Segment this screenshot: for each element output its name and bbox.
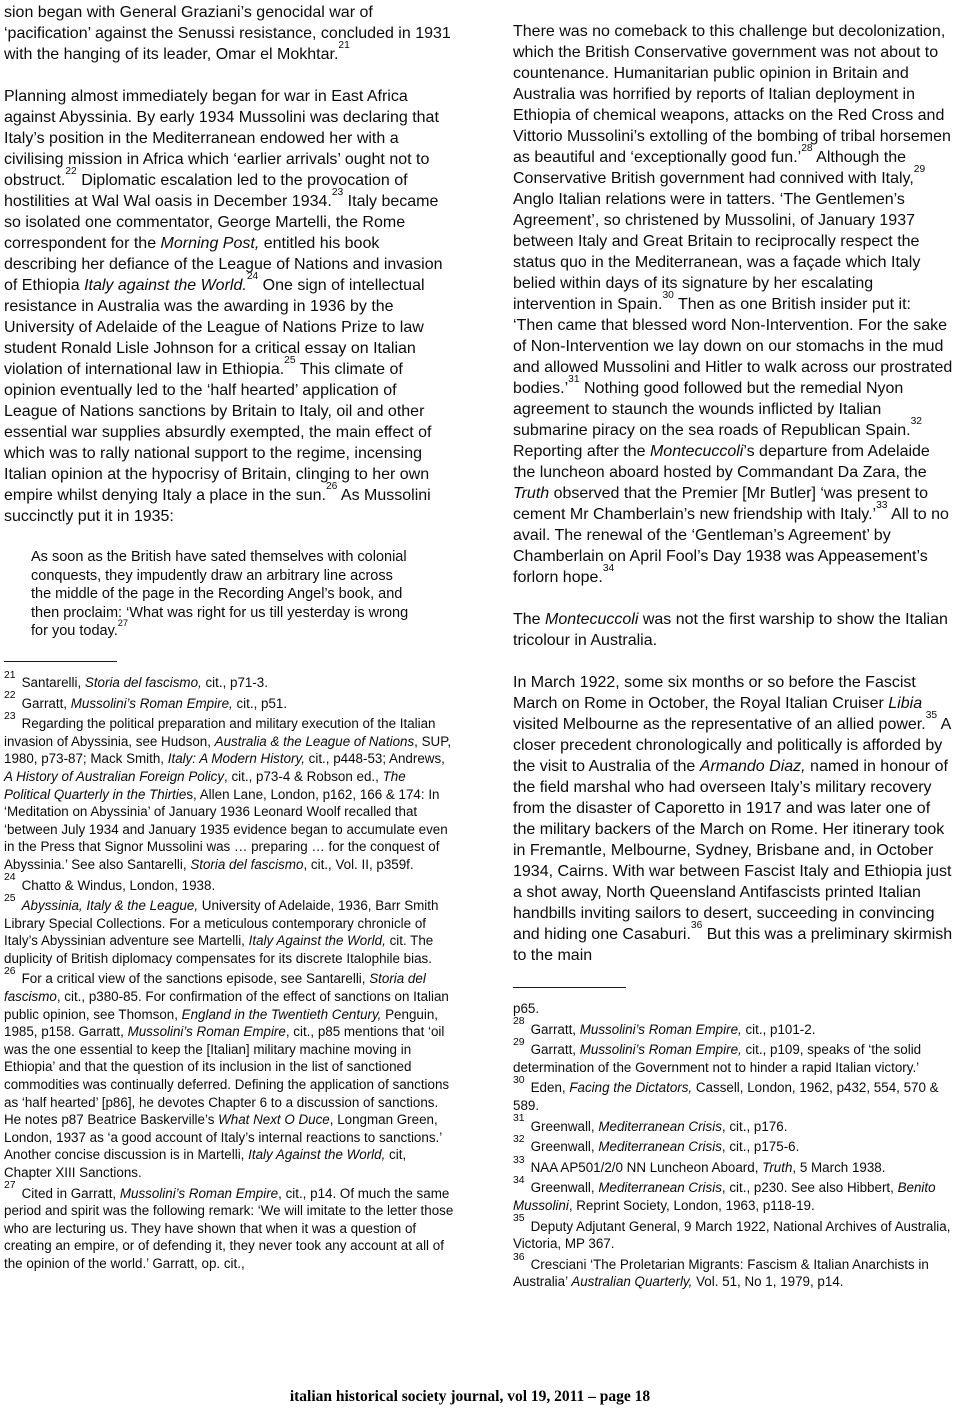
text-segment: Deputy Adjutant General, 9 March 1922, N… <box>513 1219 950 1252</box>
text-segment: Vol. 51, No 1, 1979, p14. <box>692 1274 843 1289</box>
text-segment: NAA AP501/2/0 NN Luncheon Aboard, <box>531 1160 763 1175</box>
footnote-number: 34 <box>513 1175 525 1186</box>
text-segment: Australian Quarterly, <box>571 1274 692 1289</box>
text-segment: named in honour of the field marshal who… <box>513 758 951 943</box>
footnote-number: 27 <box>4 1180 16 1191</box>
footnote-reference: 30 <box>662 290 673 301</box>
text-segment: Truth <box>762 1160 792 1175</box>
footnote-number: 21 <box>4 670 16 681</box>
text-segment: This climate of opinion eventually led t… <box>4 361 432 504</box>
footnote-reference: 36 <box>691 920 702 931</box>
text-segment: Italy Against the World, <box>248 1147 385 1162</box>
body-paragraph: There was no comeback to this challenge … <box>513 21 954 588</box>
body-paragraph: Planning almost immediately began for wa… <box>4 86 454 527</box>
footnote-number: 24 <box>4 872 16 883</box>
text-segment: p65. <box>513 1001 539 1016</box>
footnote-number: 33 <box>513 1155 525 1166</box>
left-column: sion began with General Graziani’s genoc… <box>4 2 454 1276</box>
right-footnote-separator <box>513 987 626 988</box>
text-segment: cit., p101-2. <box>742 1022 816 1037</box>
block-quote: As soon as the British have sated themse… <box>31 548 416 641</box>
text-segment: Truth <box>513 485 549 502</box>
body-paragraph: sion began with General Graziani’s genoc… <box>4 2 454 65</box>
footnote: 27Cited in Garratt, Mussolini’s Roman Em… <box>4 1185 454 1273</box>
text-segment: Eden, <box>531 1080 570 1095</box>
footnote: 22Garratt, Mussolini’s Roman Empire, cit… <box>4 695 454 713</box>
footnote-reference: 26 <box>326 481 337 492</box>
text-segment: Garratt, <box>22 696 71 711</box>
text-segment: Italy against the World. <box>84 277 247 294</box>
footnote: 29Garratt, Mussolini’s Roman Empire, cit… <box>513 1041 954 1076</box>
footnote-number: 29 <box>513 1037 525 1048</box>
text-segment: Nothing good followed but the remedial N… <box>513 380 911 439</box>
text-segment: , cit., Vol. II, p359f. <box>303 857 413 872</box>
text-segment: Armando Diaz, <box>700 758 806 775</box>
footnote-reference: 28 <box>801 143 812 154</box>
footnote-reference: 32 <box>911 416 922 427</box>
text-segment: Anglo Italian relations were in tatters.… <box>513 191 920 313</box>
text-segment: , cit., p73-4 & Robson ed., <box>224 769 383 784</box>
text-segment: Garratt, <box>531 1022 580 1037</box>
footnote-number: 36 <box>513 1252 525 1263</box>
text-segment: Libia <box>888 695 922 712</box>
footnote: 24Chatto & Windus, London, 1938. <box>4 877 454 895</box>
text-segment: England in the Twentieth Century, <box>182 1007 382 1022</box>
footnote: 36Cresciani ‘The Proletarian Migrants: F… <box>513 1256 954 1291</box>
text-segment: Greenwall, <box>531 1180 599 1195</box>
text-segment: Mussolini’s Roman Empire, <box>71 696 233 711</box>
footnote-reference: 34 <box>603 563 614 574</box>
text-segment: , cit., p175-6. <box>722 1139 799 1154</box>
footnote-number: 25 <box>4 893 16 904</box>
text-segment: Mussolini’s Roman Empire, <box>580 1022 742 1037</box>
text-segment: Reporting after the <box>513 443 650 460</box>
text-segment: Morning Post, <box>161 235 260 252</box>
body-paragraph: The Montecuccoli was not the first warsh… <box>513 609 954 651</box>
body-paragraph: In March 1922, some six months or so bef… <box>513 672 954 966</box>
document-page: sion began with General Graziani’s genoc… <box>0 0 960 1408</box>
text-segment: Italy: A Modern History, <box>168 751 305 766</box>
footnote-reference: 31 <box>568 374 579 385</box>
footnote-reference: 21 <box>338 40 349 51</box>
left-footnote-separator <box>4 661 117 662</box>
footnote-number: 31 <box>513 1113 525 1124</box>
text-segment: cit., p51. <box>233 696 287 711</box>
right-paragraphs: There was no comeback to this challenge … <box>513 2 954 966</box>
text-segment: Mediterranean Crisis <box>598 1139 722 1154</box>
text-segment: Facing the Dictators, <box>569 1080 692 1095</box>
text-segment: The <box>513 611 545 628</box>
right-footnotes: 28Garratt, Mussolini’s Roman Empire, cit… <box>513 1021 954 1291</box>
text-segment: Santarelli, <box>22 675 85 690</box>
text-segment: Mediterranean Crisis <box>598 1180 722 1195</box>
text-segment: There was no comeback to this challenge … <box>513 23 951 166</box>
text-segment: Garratt, <box>531 1042 580 1057</box>
left-footnotes: 21Santarelli, Storia del fascismo, cit.,… <box>4 674 454 1273</box>
footnote: 21Santarelli, Storia del fascismo, cit.,… <box>4 674 454 692</box>
footnote-number: 28 <box>513 1016 525 1027</box>
left-paragraphs: sion began with General Graziani’s genoc… <box>4 2 454 641</box>
text-segment: Chatto & Windus, London, 1938. <box>22 878 216 893</box>
text-segment: , 5 March 1938. <box>792 1160 885 1175</box>
text-segment: Mussolini’s Roman Empire <box>120 1186 278 1201</box>
text-segment: What Next O Duce <box>218 1112 330 1127</box>
text-segment: Montecuccoli <box>650 443 743 460</box>
page-footer: italian historical society journal, vol … <box>0 1387 950 1406</box>
text-segment: cit., p71-3. <box>202 675 268 690</box>
footnote: 26For a critical view of the sanctions e… <box>4 970 454 1181</box>
footnote-number: 22 <box>4 690 16 701</box>
text-segment: Mussolini’s Roman Empire <box>128 1024 286 1039</box>
text-segment: Mussolini’s Roman Empire, <box>580 1042 742 1057</box>
footnote-reference: 25 <box>284 355 295 366</box>
footnote-reference: 23 <box>332 187 343 198</box>
text-segment: sion began with General Graziani’s genoc… <box>4 4 451 63</box>
footnote-number: 26 <box>4 966 16 977</box>
footnote: 23Regarding the political preparation an… <box>4 715 454 873</box>
footnote: 31Greenwall, Mediterranean Crisis, cit.,… <box>513 1118 954 1136</box>
footnote: 33NAA AP501/2/0 NN Luncheon Aboard, Trut… <box>513 1159 954 1177</box>
text-segment: , cit., p230. See also Hibbert, <box>722 1180 898 1195</box>
footnote: 34Greenwall, Mediterranean Crisis, cit.,… <box>513 1179 954 1214</box>
text-segment: , cit., p176. <box>722 1119 788 1134</box>
footnote: 28Garratt, Mussolini’s Roman Empire, cit… <box>513 1021 954 1039</box>
footnote: 25Abyssinia, Italy & the League, Univers… <box>4 897 454 967</box>
text-segment: In March 1922, some six months or so bef… <box>513 674 916 712</box>
text-segment: As soon as the British have sated themse… <box>31 549 408 639</box>
footnote-reference: 33 <box>876 500 887 511</box>
footnote-reference: 24 <box>247 271 258 282</box>
text-segment: Storia del fascismo, <box>85 675 202 690</box>
text-segment: Greenwall, <box>531 1119 599 1134</box>
text-segment: Australia & the League of Nations <box>215 734 415 749</box>
text-segment: Greenwall, <box>531 1139 599 1154</box>
text-segment: Mediterranean Crisis <box>598 1119 722 1134</box>
text-segment: Montecuccoli <box>545 611 638 628</box>
footnote-number: 23 <box>4 711 16 722</box>
text-segment: , Reprint Society, London, 1963, p118-19… <box>569 1198 815 1213</box>
text-segment: Storia del fascismo <box>190 857 303 872</box>
footnote: 32Greenwall, Mediterranean Crisis, cit.,… <box>513 1138 954 1156</box>
footnote: 35Deputy Adjutant General, 9 March 1922,… <box>513 1218 954 1253</box>
right-column: There was no comeback to this challenge … <box>513 2 954 1294</box>
footnote-reference: 35 <box>926 710 937 721</box>
footnote-number: 30 <box>513 1075 525 1086</box>
footnote-continuation: p65. <box>513 1000 954 1018</box>
footnote-reference: 22 <box>65 166 76 177</box>
text-segment: visited Melbourne as the representative … <box>513 716 926 733</box>
footnote-reference: 27 <box>118 618 128 628</box>
text-segment: For a critical view of the sanctions epi… <box>22 971 370 986</box>
text-segment: Italy Against the World, <box>249 933 386 948</box>
text-segment: cit., p448-53; Andrews, <box>305 751 445 766</box>
footnote-number: 32 <box>513 1134 525 1145</box>
footnote-number: 35 <box>513 1213 525 1224</box>
footnote-reference: 29 <box>914 164 925 175</box>
text-segment: Abyssinia, Italy & the League, <box>22 898 198 913</box>
text-segment: A History of Australian Foreign Policy <box>4 769 224 784</box>
text-segment: observed that the Premier [Mr Butler] ‘w… <box>513 485 928 523</box>
footnote: 30Eden, Facing the Dictators, Cassell, L… <box>513 1079 954 1114</box>
text-segment: Cited in Garratt, <box>22 1186 120 1201</box>
